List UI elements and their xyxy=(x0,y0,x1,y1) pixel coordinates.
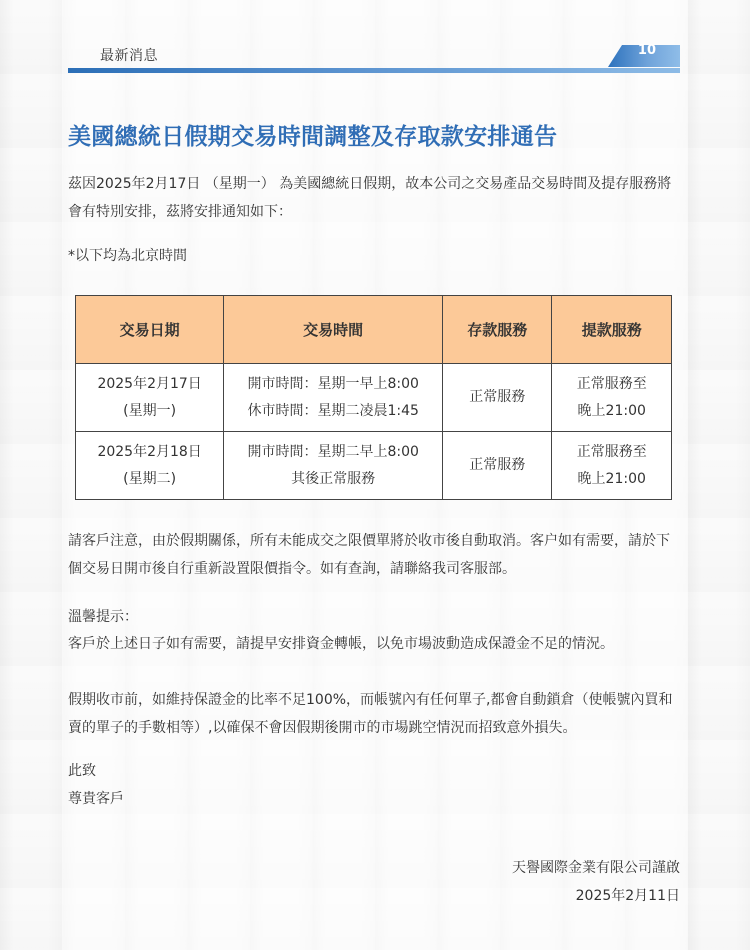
column-header-date: 交易日期 xyxy=(76,296,224,364)
weekday-line: (星期一) xyxy=(76,398,223,425)
closing-recipient: 尊貴客戶 xyxy=(68,785,680,813)
cell-date: 2025年2月17日 (星期一) xyxy=(76,364,224,432)
date-line: 2025年2月17日 xyxy=(76,371,223,398)
signature-date: 2025年2月11日 xyxy=(380,885,680,905)
cell-deposit: 正常服務 xyxy=(443,432,552,500)
after-open-note: 其後正常服務 xyxy=(224,466,442,493)
limit-order-reminder: 請客戶注意，由於假期關係，所有未能成交之限價單將於收市後自動取消。客户如有需要，… xyxy=(68,527,680,583)
table-row: 2025年2月18日 (星期二) 開市時間：星期二早上8:00 其後正常服務 正… xyxy=(76,432,672,500)
signature-company: 天譽國際金業有限公司謹啟 xyxy=(380,857,680,877)
open-time: 開市時間：星期一早上8:00 xyxy=(224,371,442,398)
header-divider xyxy=(68,68,680,73)
date-line: 2025年2月18日 xyxy=(76,439,223,466)
cell-withdraw: 正常服務至 晚上21:00 xyxy=(552,364,672,432)
table-row: 2025年2月17日 (星期一) 開市時間：星期一早上8:00 休市時間：星期二… xyxy=(76,364,672,432)
cell-deposit: 正常服務 xyxy=(443,364,552,432)
withdraw-until: 晚上21:00 xyxy=(552,398,671,425)
margin-lock-notice: 假期收市前，如維持保證金的比率不足100%，而帳號內有任何單子,都會自動鎖倉（使… xyxy=(68,686,680,742)
closing-salutation: 此致 xyxy=(68,757,680,785)
cell-withdraw: 正常服務至 晚上21:00 xyxy=(552,432,672,500)
cell-trading-time: 開市時間：星期一早上8:00 休市時間：星期二凌晨1:45 xyxy=(224,364,443,432)
cell-date: 2025年2月18日 (星期二) xyxy=(76,432,224,500)
page-header: 最新消息 10 xyxy=(68,40,680,74)
intro-paragraph: 茲因2025年2月17日 （星期一） 為美國總統日假期，故本公司之交易產品交易時… xyxy=(68,170,680,226)
column-header-deposit: 存款服務 xyxy=(443,296,552,364)
schedule-table: 交易日期 交易時間 存款服務 提款服務 2025年2月17日 (星期一) 開市時… xyxy=(75,295,672,500)
cell-trading-time: 開市時間：星期二早上8:00 其後正常服務 xyxy=(224,432,443,500)
tip-paragraph: 客戶於上述日子如有需要，請提早安排資金轉帳，以免市場波動造成保證金不足的情況。 xyxy=(68,630,680,658)
page-number: 10 xyxy=(638,43,656,58)
withdraw-status: 正常服務至 xyxy=(552,371,671,398)
weekday-line: (星期二) xyxy=(76,466,223,493)
section-title: 最新消息 xyxy=(100,45,158,65)
timezone-note: *以下均為北京時間 xyxy=(68,242,680,270)
open-time: 開市時間：星期二早上8:00 xyxy=(224,439,442,466)
tip-label: 溫馨提示： xyxy=(68,603,680,631)
close-time: 休市時間：星期二凌晨1:45 xyxy=(224,398,442,425)
column-header-time: 交易時間 xyxy=(224,296,443,364)
withdraw-until: 晚上21:00 xyxy=(552,466,671,493)
withdraw-status: 正常服務至 xyxy=(552,439,671,466)
column-header-withdraw: 提款服務 xyxy=(552,296,672,364)
table-header-row: 交易日期 交易時間 存款服務 提款服務 xyxy=(76,296,672,364)
notice-title: 美國總統日假期交易時間調整及存取款安排通告 xyxy=(68,118,688,151)
